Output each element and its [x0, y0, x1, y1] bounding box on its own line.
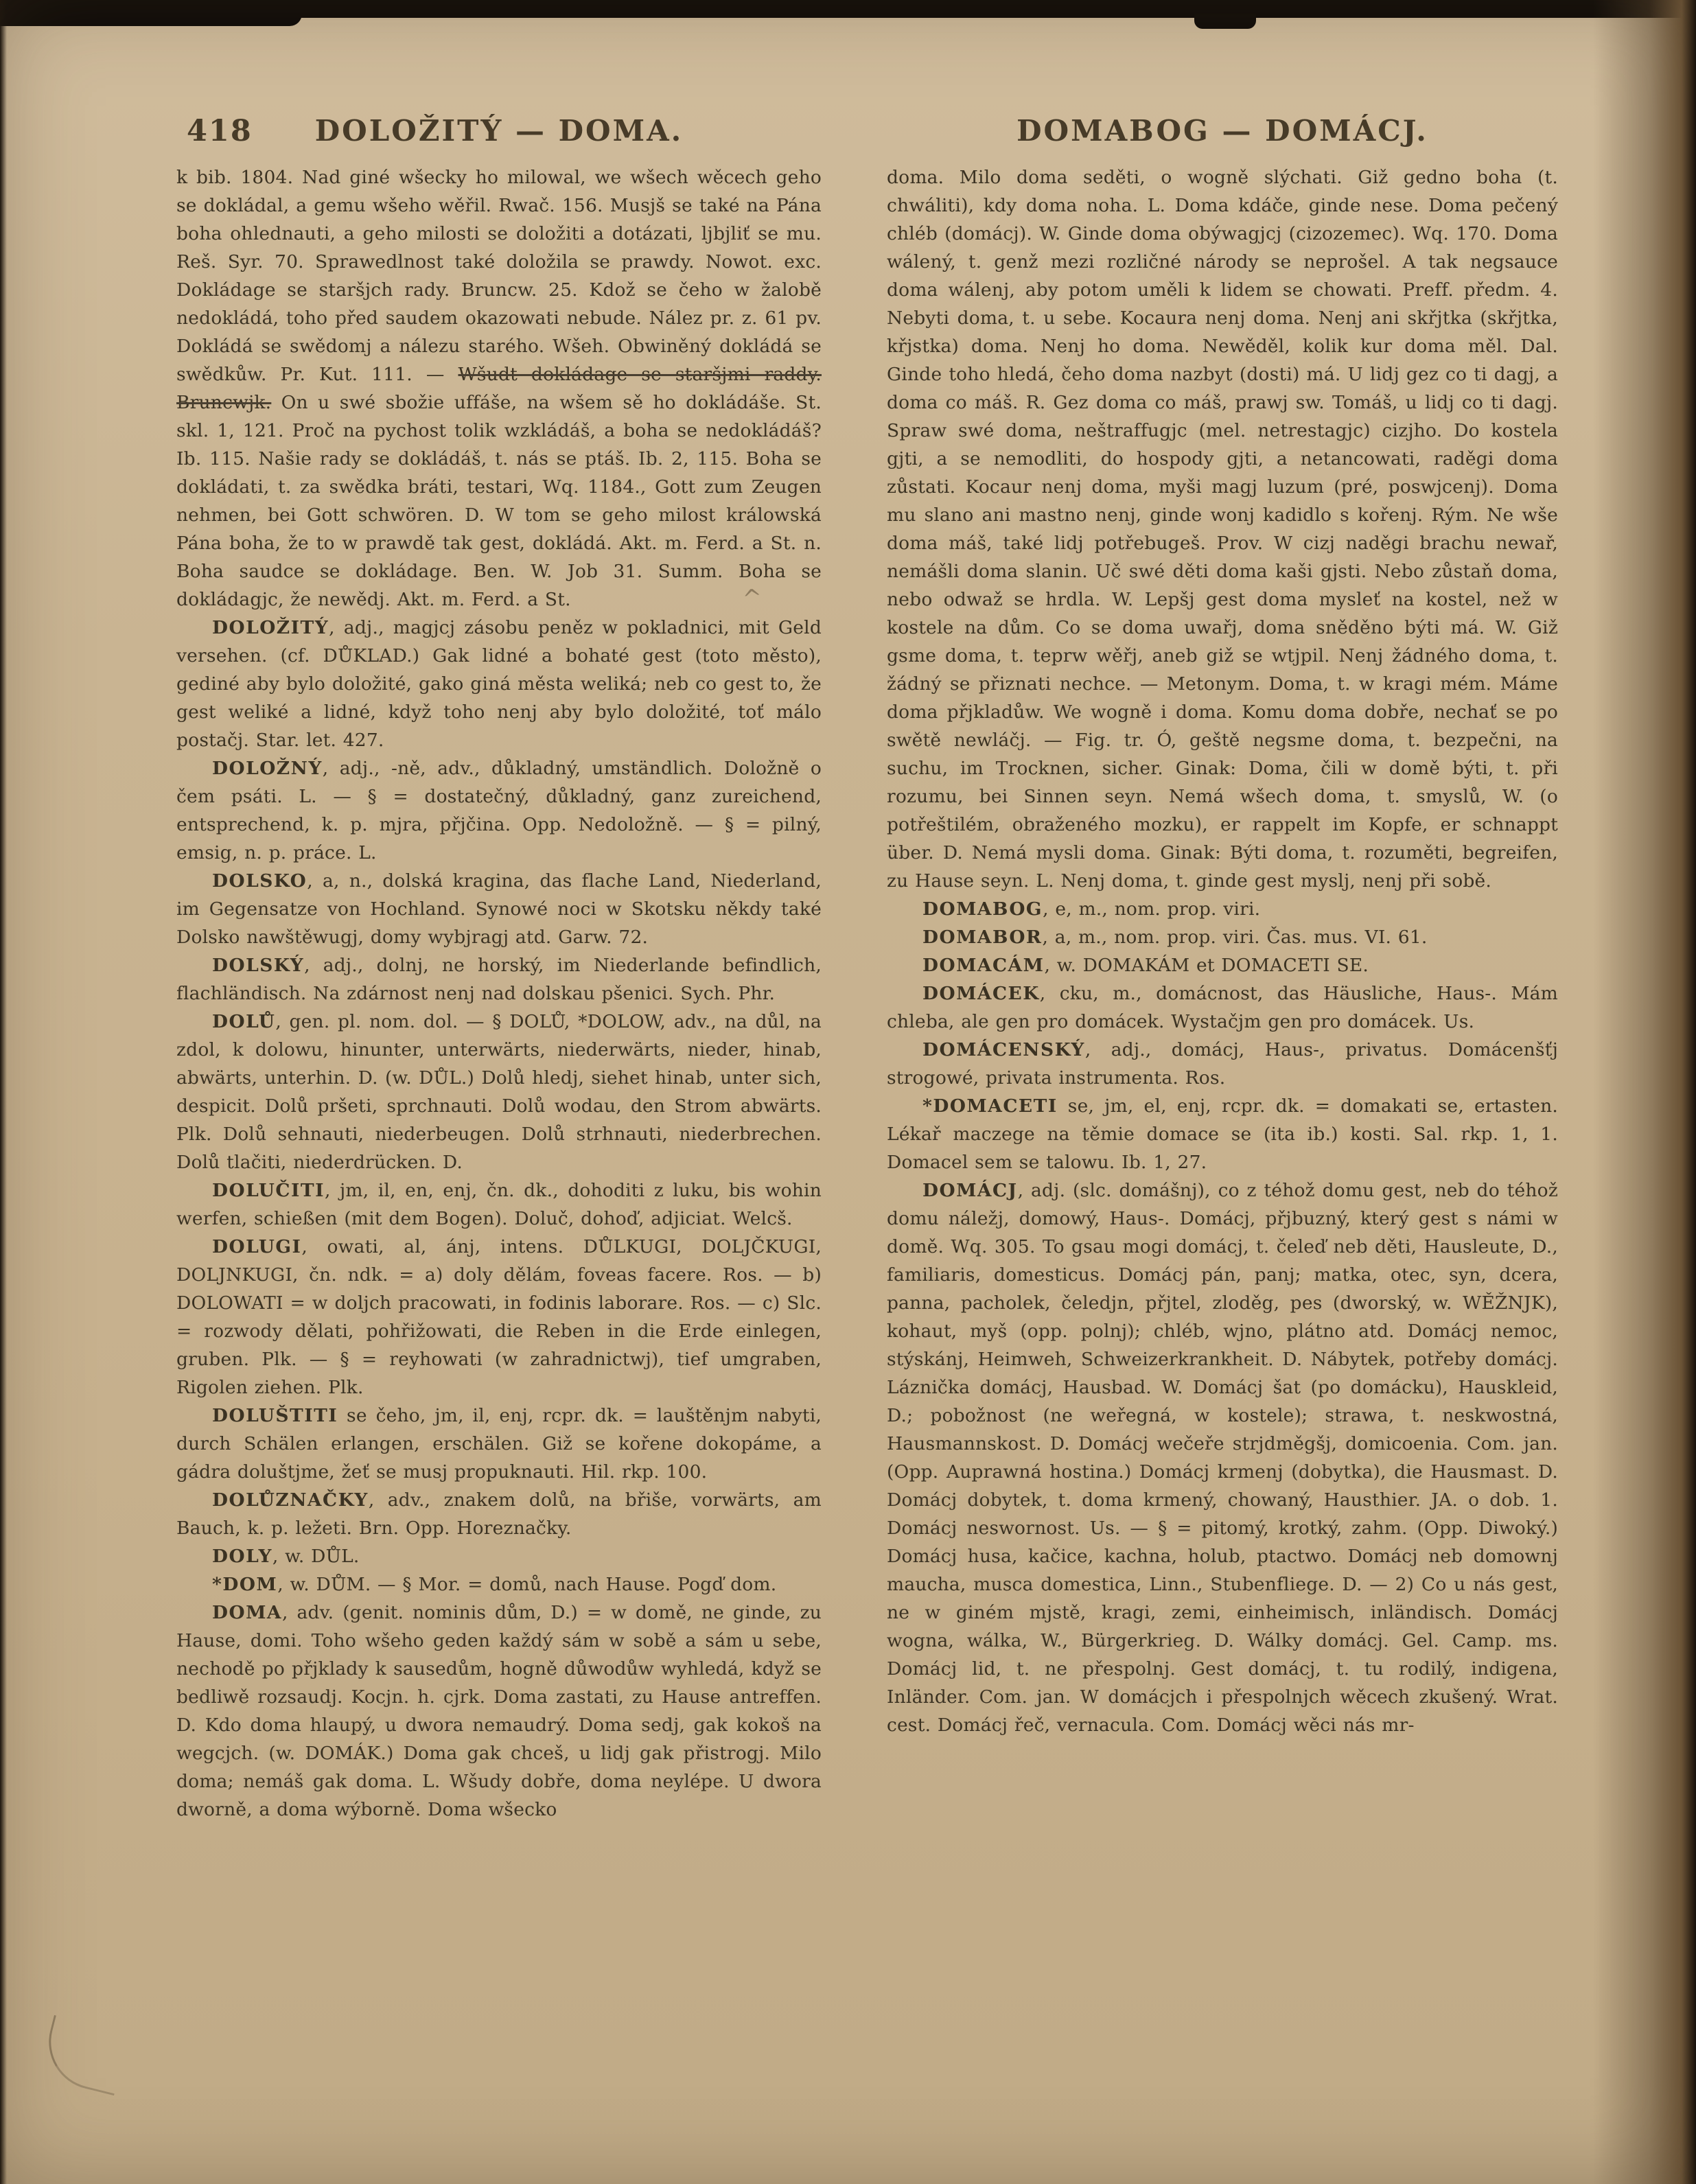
dictionary-entry: DOLUGI, owati, al, ánj, intens. DŮLKUGI,… — [176, 1233, 822, 1402]
entry-text: doma. Milo doma seděti, o wogně slýchati… — [887, 167, 1558, 892]
headword: DOMABOR — [922, 927, 1042, 948]
entry-text: k bib. 1804. Nad giné wšecky ho milowal,… — [176, 167, 822, 385]
dictionary-entry: DOLUČITI, jm, il, en, enj, čn. dk., doho… — [176, 1176, 822, 1233]
dictionary-entry: DOMACÁM, w. DOMAKÁM et DOMACETI SE. — [887, 951, 1558, 979]
dictionary-entry: *DOM, w. DŮM. — § Mor. = domů, nach Haus… — [176, 1570, 822, 1599]
pencil-squiggle-mark — [38, 2015, 129, 2096]
entry-text: , a, m., nom. prop. viri. Čas. mus. VI. … — [1042, 927, 1427, 948]
dictionary-entry: DOMABOG, e, m., nom. prop. viri. — [887, 895, 1558, 923]
headword: DOLŮZNAČKY — [212, 1489, 369, 1511]
entry-text: , w. DŮL. — [272, 1546, 360, 1567]
dictionary-entry: DOMÁCENSKÝ, adj., domácj, Haus-, privatu… — [887, 1036, 1558, 1092]
running-header-left: DOLOŽITÝ — DOMA. — [176, 114, 822, 148]
headword: DOLUGI — [212, 1236, 301, 1257]
headword: DOLY — [212, 1546, 272, 1567]
dictionary-entry: DOLOŽITÝ, adj., magjcj zásobu peněz w po… — [176, 614, 822, 754]
entry-text: , e, m., nom. prop. viri. — [1043, 898, 1260, 920]
entry-text: , owati, al, ánj, intens. DŮLKUGI, DOLJČ… — [176, 1236, 822, 1398]
scan-top-edge-shadow — [1194, 14, 1256, 29]
headword: DOMÁCENSKÝ — [922, 1039, 1085, 1060]
headword: DOLUČITI — [212, 1180, 325, 1201]
scanned-dictionary-page: 418 DOLOŽITÝ — DOMA. DOMABOG — DOMÁCJ. k… — [0, 0, 1696, 2184]
headword: DOMABOG — [922, 898, 1043, 920]
dictionary-entry: DOLŮ, gen. pl. nom. dol. — § DOLŮ, *DOLO… — [176, 1008, 822, 1176]
entry-text: , gen. pl. nom. dol. — § DOLŮ, *DOLOW, a… — [176, 1011, 822, 1173]
running-header-right: DOMABOG — DOMÁCJ. — [887, 114, 1558, 148]
dictionary-entry: DOLOŽNÝ, adj., -ně, adv., důkladný, umst… — [176, 754, 822, 867]
entry-text: , w. DŮM. — § Mor. = domů, nach Hause. P… — [277, 1574, 776, 1595]
headword: *DOM — [212, 1574, 277, 1595]
headword: DOLSKÝ — [212, 955, 304, 976]
scan-left-edge-shadow — [0, 0, 7, 2184]
headword: *DOMACETI — [922, 1095, 1058, 1117]
headword: DOMÁCJ — [922, 1180, 1018, 1201]
dictionary-entry: DOLUŠTITI se čeho, jm, il, enj, rcpr. dk… — [176, 1402, 822, 1486]
headword: DOLSKO — [212, 870, 307, 892]
left-column: k bib. 1804. Nad giné wšecky ho milowal,… — [176, 163, 822, 1824]
headword: DOLOŽITÝ — [212, 617, 329, 638]
scan-top-edge-shadow — [0, 0, 302, 26]
dictionary-entry: DOMÁCEK, cku, m., domácnost, das Häuslic… — [887, 979, 1558, 1036]
dictionary-entry: doma. Milo doma seděti, o wogně slýchati… — [887, 163, 1558, 895]
headword: DOMA — [212, 1602, 282, 1623]
entry-text: , adv. (genit. nominis dům, D.) = w domě… — [176, 1602, 822, 1820]
headword: DOLŮ — [212, 1011, 275, 1032]
headword: DOMÁCEK — [922, 983, 1040, 1004]
pencil-caret-mark: ^ — [741, 584, 764, 614]
dictionary-entry: DOMA, adv. (genit. nominis dům, D.) = w … — [176, 1599, 822, 1824]
dictionary-entry: k bib. 1804. Nad giné wšecky ho milowal,… — [176, 163, 822, 614]
dictionary-entry: *DOMACETI se, jm, el, enj, rcpr. dk. = d… — [887, 1092, 1558, 1176]
headword: DOMACÁM — [922, 955, 1044, 976]
entry-text: , adj. (slc. domášnj), co z téhož domu g… — [887, 1180, 1558, 1736]
dictionary-entry: DOLY, w. DŮL. — [176, 1542, 822, 1570]
dictionary-entry: DOLŮZNAČKY, adv., znakem dolů, na břiše,… — [176, 1486, 822, 1542]
dictionary-entry: DOLSKO, a, n., dolská kragina, das flach… — [176, 867, 822, 951]
dictionary-entry: DOMÁCJ, adj. (slc. domášnj), co z téhož … — [887, 1176, 1558, 1739]
headword: DOLOŽNÝ — [212, 758, 323, 779]
entry-text: On u swé sbožie uffáše, na wšem sě ho do… — [176, 392, 822, 610]
dictionary-entry: DOMABOR, a, m., nom. prop. viri. Čas. mu… — [887, 923, 1558, 951]
headword: DOLUŠTITI — [212, 1405, 338, 1426]
scan-right-edge-shadow — [1593, 0, 1696, 2184]
dictionary-entry: DOLSKÝ, adj., dolnj, ne horský, im Niede… — [176, 951, 822, 1008]
entry-text: , w. DOMAKÁM et DOMACETI SE. — [1044, 955, 1369, 976]
right-column: doma. Milo doma seděti, o wogně slýchati… — [887, 163, 1558, 1739]
